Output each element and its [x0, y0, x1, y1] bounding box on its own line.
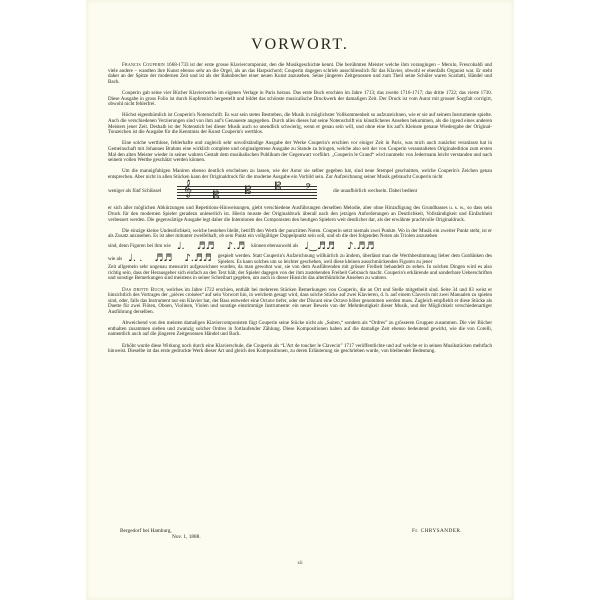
paragraph: Erhöht wurde diese Wirkung noch durch ei…: [108, 344, 492, 355]
paragraph-text: Erhöht wurde diese Wirkung noch durch ei…: [108, 343, 492, 355]
paragraph-text: Eine solche werthlose, fehlerhafte und z…: [108, 140, 492, 163]
dotted-eighth-figure-icon: ♪.♬: [227, 242, 246, 252]
paragraph: Eine solche werthlose, fehlerhafte und z…: [108, 141, 492, 163]
paragraph: Couperin gab seine vier Bücher Klavierwe…: [108, 91, 492, 108]
dotted-note-icon: ♩.: [177, 242, 185, 252]
paragraph: Die einzige kleine Undeutlichkeit, welch…: [108, 229, 492, 240]
bass-clef-icon: 𝄢: [305, 184, 311, 194]
sixteenth-notes-icon: ♬♬: [197, 242, 215, 252]
triplet-figure-icon: ♬♬: [154, 254, 172, 264]
dotted-note-icon: ♩. .: [128, 254, 142, 264]
paragraph-text: Abweichend von den meisten damaligen Kla…: [108, 320, 492, 337]
paragraph: Höchst eigenthümlich ist Couperin's Note…: [108, 113, 492, 135]
signature-author: Fr. CHRYSANDER.: [412, 528, 462, 534]
paragraph: Francis Couperin 1668-1733 ist der erste…: [108, 63, 492, 85]
music-staff-clefs: 𝄞 𝄡 𝄡 𝄡 𝄢: [177, 184, 317, 198]
paragraph-text: Um die mannigfaltigen Maniren ebenso deu…: [108, 168, 492, 180]
staff-text-after: die unaufhörlich wechseln. Dabei bedient: [333, 189, 417, 195]
paragraph-text: , welches im Jahre 1722 erschien, enthäl…: [108, 287, 492, 315]
preface-body: Francis Couperin 1668-1733 ist der erste…: [108, 63, 492, 360]
staff-example-line: weniger als fünf Schlüssel 𝄞 𝄡 𝄡 𝄡 𝄢 die…: [108, 180, 492, 202]
staff-text-before: weniger als fünf Schlüssel: [108, 189, 161, 195]
tied-note-figure-icon: ♩‿♬♬: [304, 242, 335, 252]
figure-text-before-2: wie als: [108, 254, 122, 263]
paragraph: er sich aller möglichen Abkürzungen und …: [108, 206, 492, 223]
paragraph-text: er sich aller möglichen Abkürzungen und …: [108, 205, 492, 222]
signature-date: Nov. 1, 1888.: [120, 534, 201, 540]
paragraph-group-1: Francis Couperin 1668-1733 ist der erste…: [108, 63, 492, 180]
dotted-triplet-figure-icon: ♪.♬♬: [184, 254, 212, 264]
paragraph: Um die mannigfaltigen Maniren ebenso deu…: [108, 169, 492, 180]
figure-example-line-1: sind, denn Figuren bei ihm wie ♩. ♬♬ ♪.♬…: [108, 240, 492, 254]
figure-text-middle: können ebensowohl als: [251, 244, 298, 250]
paragraph-group-2: er sich aller möglichen Abkürzungen und …: [108, 206, 492, 240]
dotted-figure-icon: ♪.♬♬: [347, 242, 375, 252]
paragraph-text: Höchst eigenthümlich ist Couperin's Note…: [108, 112, 492, 135]
page-number: xii: [86, 561, 514, 566]
paragraph: Abweichend von den meisten damaligen Kla…: [108, 321, 492, 338]
c-clef-icon: 𝄡: [245, 186, 251, 196]
paragraph-text: Zeit allgemein sehr ungenau mensurirt au…: [108, 264, 492, 281]
document-page: VORWORT. Francis Couperin 1668-1733 ist …: [86, 0, 514, 600]
figure-text-before: sind, denn Figuren bei ihm wie: [108, 244, 171, 250]
c-clef-icon: 𝄡: [213, 191, 219, 201]
paragraph-group-3: Zeit allgemein sehr ungenau mensurirt au…: [108, 265, 492, 355]
paragraph-text: 1668-1733 ist der erste grosse Klavierco…: [108, 62, 492, 85]
c-clef-icon: 𝄡: [275, 182, 281, 192]
paragraph-text: Die einzige kleine Undeutlichkeit, welch…: [108, 228, 492, 240]
paragraph-text: Couperin gab seine vier Bücher Klavierwe…: [108, 90, 492, 107]
treble-clef-icon: 𝄞: [183, 183, 192, 193]
paragraph: Das dritte Buch, welches im Jahre 1722 e…: [108, 288, 492, 316]
page-title: VORWORT.: [86, 36, 514, 54]
signature-place: Bergedorf bei Hamburg, Nov. 1, 1888.: [120, 528, 201, 540]
paragraph: Zeit allgemein sehr ungenau mensurirt au…: [108, 265, 492, 282]
